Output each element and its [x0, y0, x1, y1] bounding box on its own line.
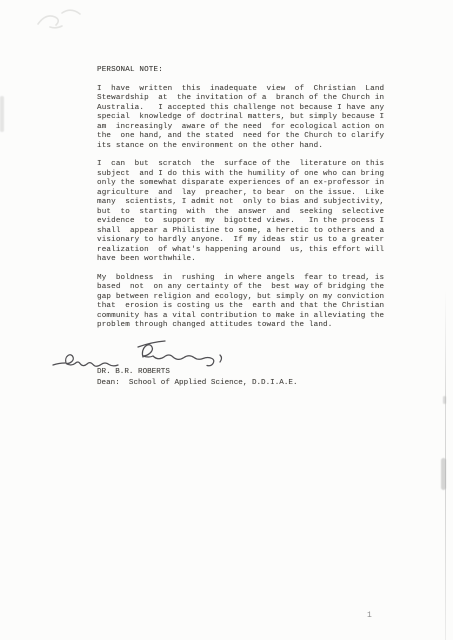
letter-body: PERSONAL NOTE: I have written this inade… — [97, 66, 397, 340]
signoff-block: DR. B.R. ROBERTS Dean: School of Applied… — [97, 367, 298, 389]
note-heading: PERSONAL NOTE: — [97, 66, 397, 76]
signer-name: DR. B.R. ROBERTS — [97, 367, 298, 378]
paragraph-3: My boldness in rushing in where angels f… — [97, 274, 397, 331]
paragraph-1: I have written this inadequate view of C… — [97, 85, 397, 152]
scan-smudge-right-edge — [441, 458, 446, 490]
scan-smudge-top-left — [30, 2, 94, 32]
signer-title: Dean: School of Applied Science, D.D.I.A… — [97, 378, 298, 389]
scan-smudge-left-edge — [0, 96, 4, 132]
scan-dot-right-edge — [443, 396, 446, 404]
scanned-letter-page: PERSONAL NOTE: I have written this inade… — [0, 0, 453, 640]
page-number: 1 — [367, 611, 372, 620]
paragraph-2: I can but scratch the surface of the lit… — [97, 160, 397, 265]
scan-edge-right-line — [445, 290, 446, 640]
